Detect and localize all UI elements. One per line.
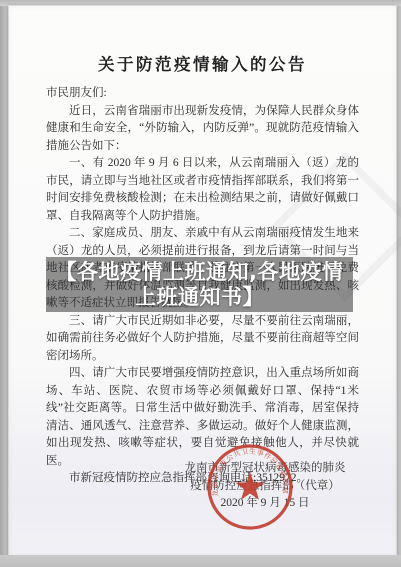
notice-paragraph: 三、请广大市民近期如非必要，尽量不要前往云南瑞丽，如确需前往务必做好个人防护措施… [46,313,359,366]
notice-paragraph: 近日，云南省瑞丽市出现新发疫情，为保障人民群众身体健康和生命安全，“外防输入，内… [46,103,359,156]
official-seal-icon: 龙南市突发公共卫生事件应急指挥部 [203,440,297,534]
document-paper: 关于防范疫情输入的公告 市民朋友们: 近日，云南省瑞丽市出现新发疫情，为保障人民… [8,5,397,556]
salutation: 市民朋友们: [46,85,359,103]
overlay-banner: 【各地疫情上班通知,各地疫情上班通知书】 [46,257,353,312]
notice-title: 关于防范疫情输入的公告 [9,6,396,75]
overlay-text: 【各地疫情上班通知,各地疫情上班通知书】 [46,260,353,310]
photo-background: 关于防范疫情输入的公告 市民朋友们: 近日，云南省瑞丽市出现新发疫情，为保障人民… [0,0,401,567]
star-icon [235,472,264,500]
